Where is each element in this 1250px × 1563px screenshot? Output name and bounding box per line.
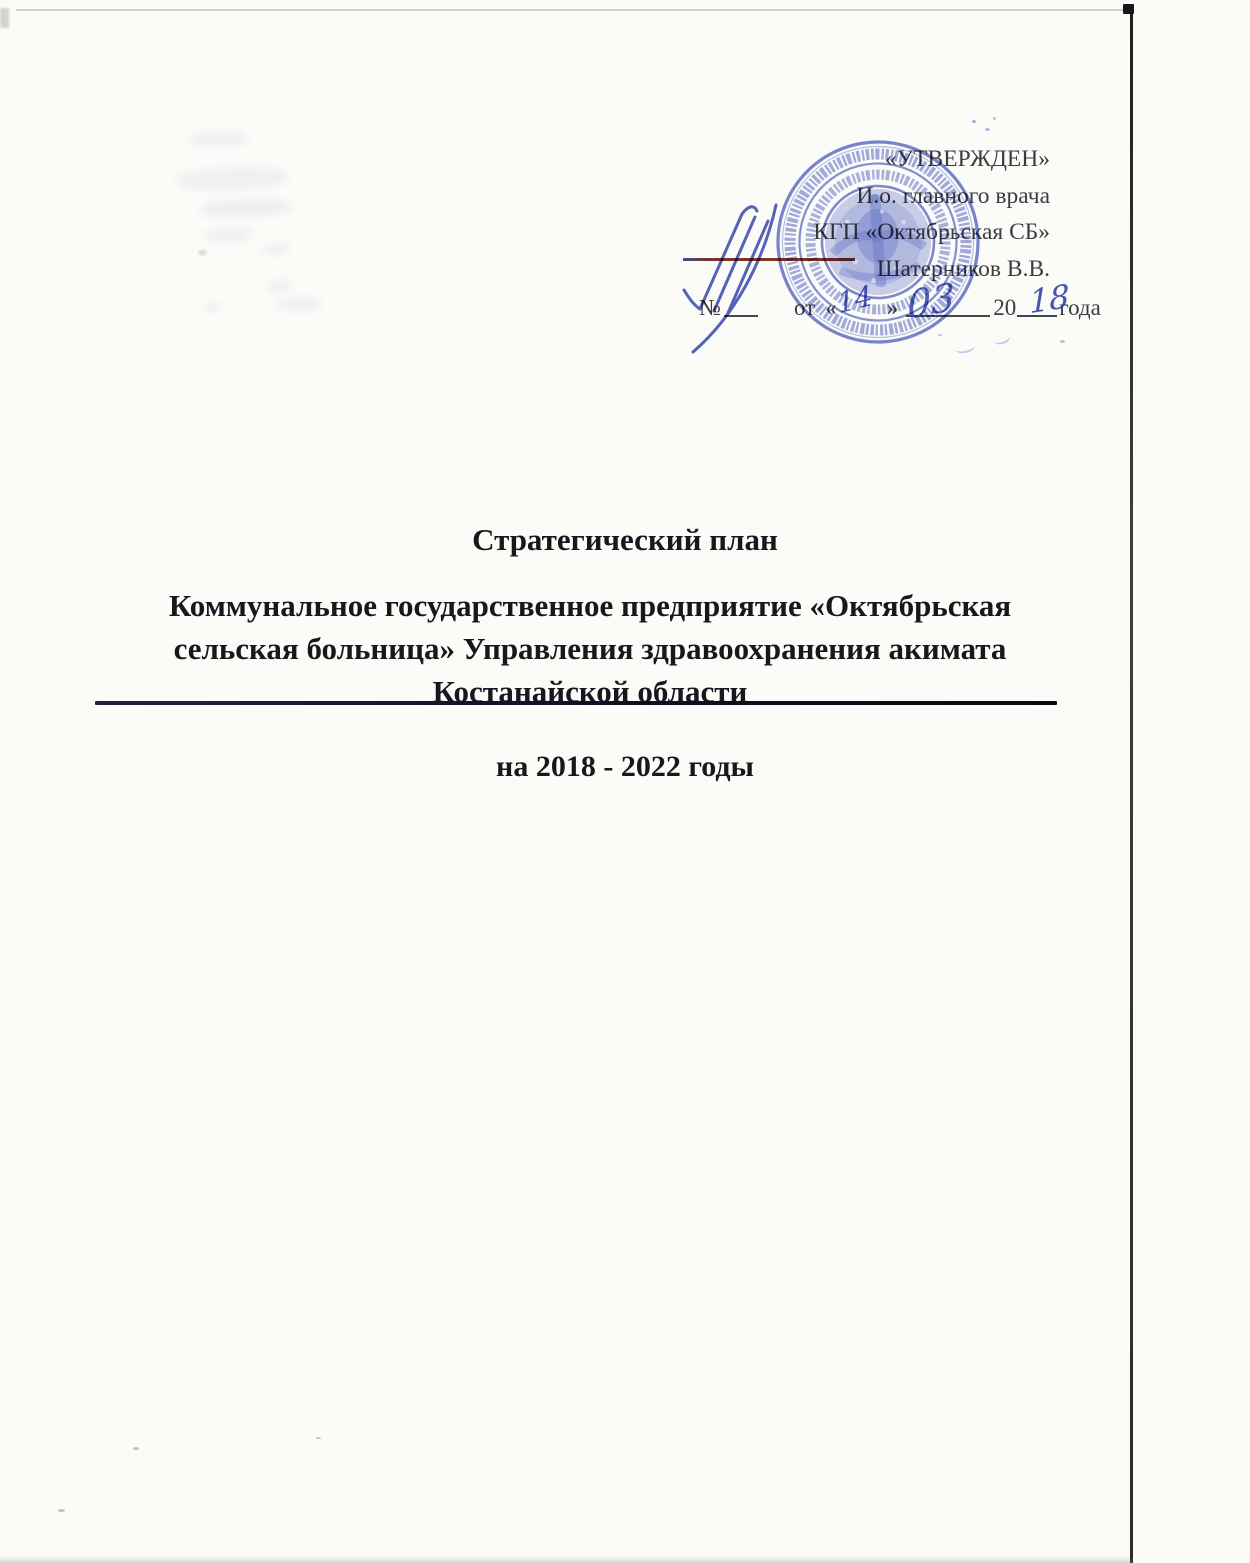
title-divider <box>95 701 1057 705</box>
ghost-mark <box>190 131 248 147</box>
plan-period: на 2018 - 2022 годы <box>145 750 1105 784</box>
ghost-mark <box>200 198 293 217</box>
ghost-mark <box>262 244 290 255</box>
date-year-printed: 20 <box>993 295 1016 320</box>
ink-speck <box>985 128 990 131</box>
ghost-mark <box>268 280 292 293</box>
organization-name: Коммунальное государственное предприятие… <box>155 584 1025 713</box>
scan-corner-smudge <box>0 8 9 28</box>
ghost-mark <box>198 250 207 255</box>
signature-scribble <box>638 178 823 373</box>
ink-speck <box>993 117 996 120</box>
scan-corner-mark <box>1123 4 1134 14</box>
document-title: Стратегический план <box>145 522 1105 558</box>
ghost-mark <box>176 166 289 192</box>
pencil-speck <box>58 1509 65 1512</box>
handwritten-year: 18 <box>1029 277 1070 322</box>
ghost-mark <box>204 227 252 243</box>
ghost-mark <box>276 297 322 311</box>
pencil-speck <box>133 1447 139 1450</box>
pencil-speck <box>1060 340 1065 343</box>
scan-bottom-shade <box>0 1556 1133 1563</box>
scan-edge-top <box>16 9 1128 11</box>
pencil-speck <box>316 1437 321 1439</box>
scan-edge-right <box>1130 7 1133 1563</box>
ghost-mark <box>205 303 221 312</box>
ink-speck <box>972 120 976 123</box>
scanned-document-page: «УТВЕРЖДЕН» И.о. главного врача КГП «Окт… <box>0 0 1250 1563</box>
